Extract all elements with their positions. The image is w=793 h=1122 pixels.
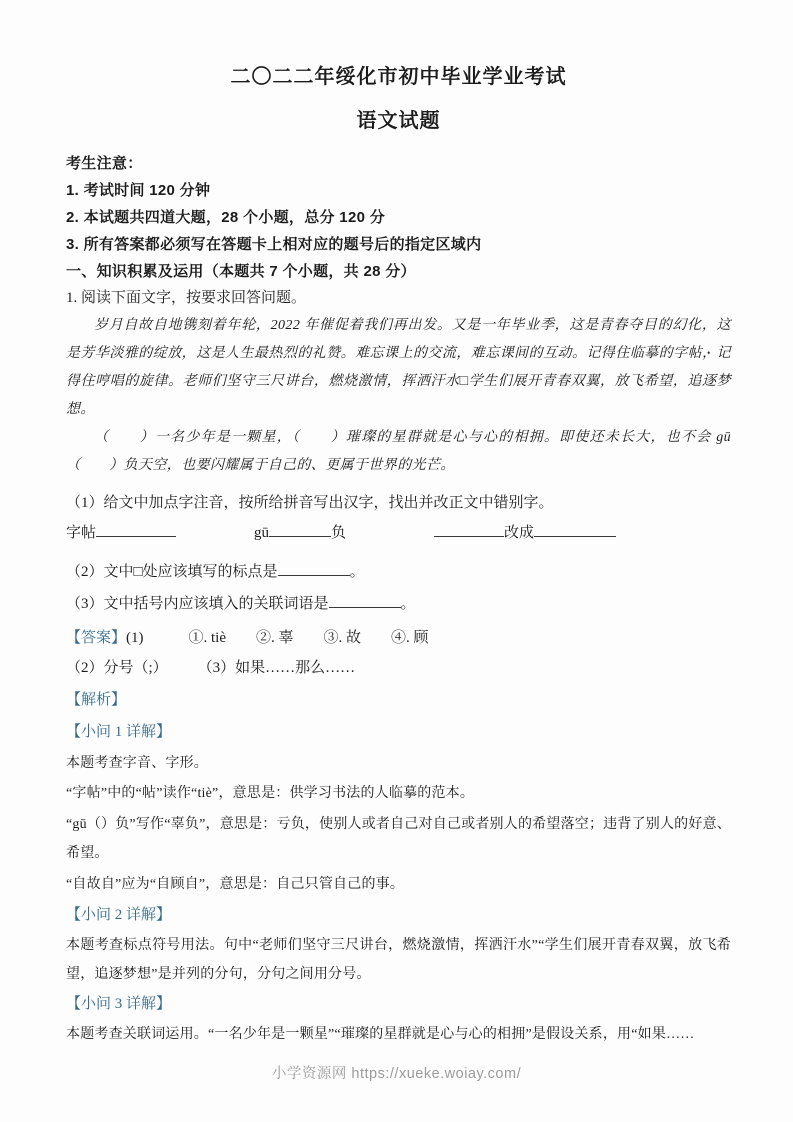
answer-blank	[434, 521, 504, 537]
question-1-stem: 1. 阅读下面文字，按要求回答问题。	[66, 285, 731, 312]
answer-blank	[329, 592, 401, 608]
notice-item-2: 2. 本试题共四道大题，28 个小题，总分 120 分	[66, 204, 731, 231]
subquestion-1: （1）给文中加点字注音，按所给拼音写出汉字，找出并改正文中错别字。	[66, 490, 731, 517]
answer-line-2: （2）分号（;） （3）如果……那么……	[66, 655, 731, 682]
analysis-paragraph: “自故自”应为“自顾自”，意思是：自己只管自己的事。	[66, 870, 731, 899]
answer-line-1: 【答案】(1) ①. tiè ②. 辜 ③. 故 ④. 顾	[66, 625, 731, 652]
answer-blank	[534, 521, 616, 537]
subanalysis-1-heading: 【小问 1 详解】	[66, 719, 731, 746]
notice-item-1: 1. 考试时间 120 分钟	[66, 177, 731, 204]
notice-heading: 考生注意：	[66, 150, 731, 177]
answer-blank	[278, 560, 350, 576]
subquestion-2: （2）文中□处应该填写的标点是。	[66, 559, 731, 586]
subquestion-3-text: （3）文中括号内应该填入的关联词语是	[66, 596, 329, 612]
analysis-paragraph: 本题考查字音、字形。	[66, 749, 731, 778]
blank-label-gaicheng: 改成	[504, 525, 534, 541]
passage-paragraph-2: （ ）一名少年是一颗星，（ ）璀璨的星群就是心与心的相拥。即使还未长大，也不会 …	[66, 424, 731, 480]
subanalysis-2-heading: 【小问 2 详解】	[66, 902, 731, 929]
exam-document-page: 二〇二二年绥化市初中毕业学业考试 语文试题 考生注意： 1. 考试时间 120 …	[0, 0, 793, 1049]
subquestion-2-text: （2）文中□处应该填写的标点是	[66, 564, 278, 580]
answer-content-1: (1) ①. tiè ②. 辜 ③. 故 ④. 顾	[126, 630, 429, 646]
answer-blank	[96, 521, 176, 537]
passage-text: 岁月自故自地镌刻着年轮，2022 年催促着我们再出发。又是一年毕业季，这是青春夺…	[66, 318, 731, 361]
subquestion-3-period: 。	[401, 596, 416, 612]
subquestion-3: （3）文中括号内应该填入的关联词语是。	[66, 591, 731, 618]
analysis-heading: 【解析】	[66, 687, 731, 714]
exam-title: 二〇二二年绥化市初中毕业学业考试	[66, 62, 731, 92]
passage-paragraph-1: 岁月自故自地镌刻着年轮，2022 年催促着我们再出发。又是一年毕业季，这是青春夺…	[66, 312, 731, 424]
blank-label-gu: gū	[254, 525, 269, 541]
section-1-heading: 一、知识积累及运用（本题共 7 个小题，共 28 分）	[66, 258, 731, 285]
exam-subtitle: 语文试题	[66, 106, 731, 136]
analysis-paragraph: 本题考查关联词运用。“一名少年是一颗星”“璀璨的星群就是心与心的相拥”是假设关系…	[66, 1020, 731, 1049]
analysis-paragraph: “字帖”中的“帖”读作“tiè”，意思是：供学习书法的人临摹的范本。	[66, 779, 731, 808]
blank-label-fu: 负	[331, 525, 346, 541]
subanalysis-1-label: 【小问 1 详解】	[66, 724, 171, 740]
notice-item-3: 3. 所有答案都必须写在答题卡上相对应的题号后的指定区域内	[66, 231, 731, 258]
site-watermark: 小学资源网 https://xueke.woiay.com/	[0, 1062, 793, 1083]
answer-blank	[269, 521, 331, 537]
reading-passage: 岁月自故自地镌刻着年轮，2022 年催促着我们再出发。又是一年毕业季，这是青春夺…	[66, 312, 731, 480]
blank-label-zitie: 字帖	[66, 525, 96, 541]
answer-label: 【答案】	[66, 630, 126, 646]
analysis-label: 【解析】	[66, 692, 126, 708]
analysis-paragraph: “gū（）负”写作“辜负”，意思是：亏负，使别人或者自己对自己或者别人的希望落空…	[66, 810, 731, 868]
analysis-paragraph: 本题考查标点符号用法。句中“老师们坚守三尺讲台，燃烧激情，挥洒汗水”“学生们展开…	[66, 931, 731, 989]
emphasized-dotted-char: 帖	[688, 346, 702, 361]
subanalysis-2-label: 【小问 2 详解】	[66, 907, 171, 923]
subanalysis-3-heading: 【小问 3 详解】	[66, 991, 731, 1018]
subquestion-2-period: 。	[350, 564, 365, 580]
subanalysis-3-label: 【小问 3 详解】	[66, 996, 171, 1012]
fill-blank-row: 字帖gū负改成	[66, 520, 731, 547]
